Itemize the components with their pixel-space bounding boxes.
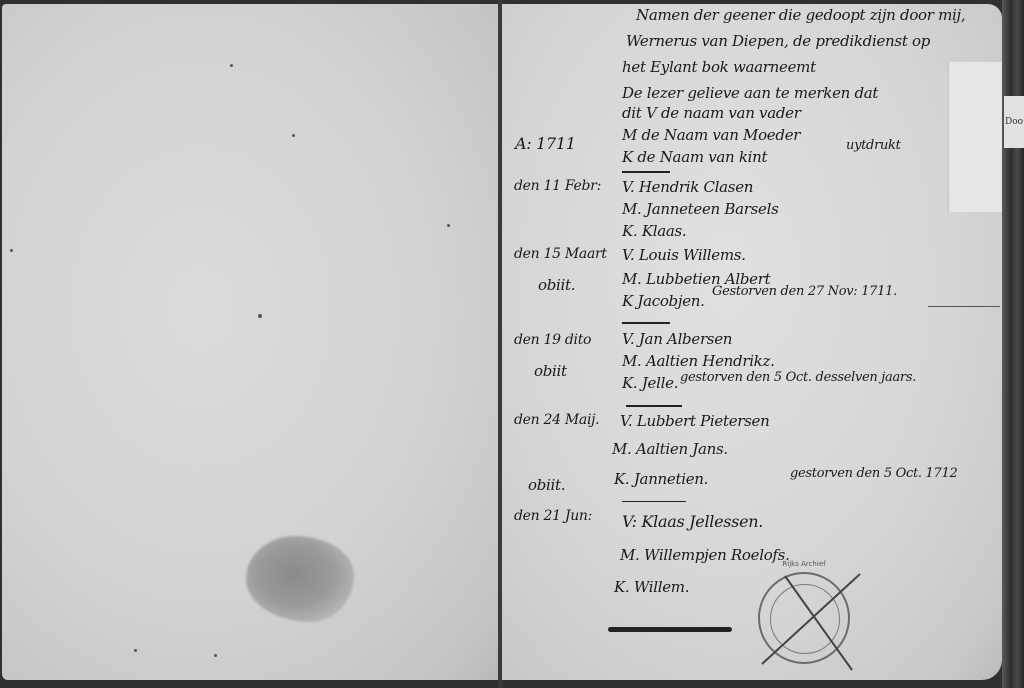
speck [134, 649, 137, 652]
divider [622, 322, 670, 324]
speck [230, 64, 233, 67]
left-page [2, 4, 500, 680]
entry-child: K Jacobjen. [622, 292, 705, 310]
entry-child: K. Willem. [614, 578, 689, 596]
header-line-1: Namen der geener die gedoopt zijn door m… [636, 6, 965, 24]
paper-slip [948, 62, 1003, 212]
entry-father: V: Klaas Jellessen. [622, 512, 763, 531]
speck [10, 249, 13, 252]
legend-child: K de Naam van kint [622, 148, 767, 166]
header-line-4: De lezer gelieve aan te merken dat [622, 84, 878, 102]
archive-stamp: Rijks Archief [758, 572, 850, 664]
entry-death-note: Gestorven den 27 Nov: 1711. [712, 284, 897, 299]
divider [928, 306, 1000, 307]
header-line-2: Wernerus van Diepen, de predikdienst op [626, 32, 930, 50]
header-line-5: dit V de naam van vader [622, 104, 801, 122]
legend-mother: M de Naam van Moeder [622, 126, 800, 144]
divider [622, 171, 670, 173]
entry-father: V. Louis Willems. [622, 246, 746, 264]
entry-child: K. Jannetien. [614, 470, 708, 488]
entry-obit: obiit [534, 362, 567, 380]
open-register-book: Doo Namen der geener die gedoopt zijn do… [0, 0, 1024, 688]
speck [214, 654, 217, 657]
speck [447, 224, 450, 227]
entry-date: den 21 Jun: [514, 508, 592, 524]
speck [258, 314, 262, 318]
closing-rule [608, 627, 732, 632]
entry-father: V. Lubbert Pietersen [620, 412, 770, 430]
entry-death-note: gestorven den 5 Oct. desselven jaars. [680, 370, 916, 385]
entry-date: den 11 Febr: [514, 178, 601, 194]
year-label: A: 1711 [515, 134, 576, 153]
entry-mother: M. Aaltien Jans. [612, 440, 728, 458]
cross-out-icon [740, 564, 870, 674]
legend-note: uytdrukt [846, 138, 901, 153]
entry-father: V. Jan Albersen [622, 330, 732, 348]
water-stain [246, 536, 354, 622]
speck [292, 134, 295, 137]
entry-date: den 24 Maij. [514, 412, 599, 428]
entry-mother: M. Janneteen Barsels [622, 200, 778, 218]
entry-child: K. Jelle. [622, 374, 678, 392]
entry-child: K. Klaas. [622, 222, 686, 240]
entry-father: V. Hendrik Clasen [622, 178, 753, 196]
entry-obit: obiit. [528, 476, 565, 494]
divider [622, 501, 686, 502]
entry-date: den 15 Maart [514, 246, 607, 262]
divider [626, 405, 682, 407]
entry-mother: M. Aaltien Hendrikz. [622, 352, 775, 370]
edge-tab: Doo [1004, 96, 1024, 148]
header-line-3: het Eylant bok waarneemt [622, 58, 816, 76]
entry-date: den 19 dito [514, 332, 591, 348]
entry-obit: obiit. [538, 276, 575, 294]
entry-death-note: gestorven den 5 Oct. 1712 [790, 466, 957, 481]
